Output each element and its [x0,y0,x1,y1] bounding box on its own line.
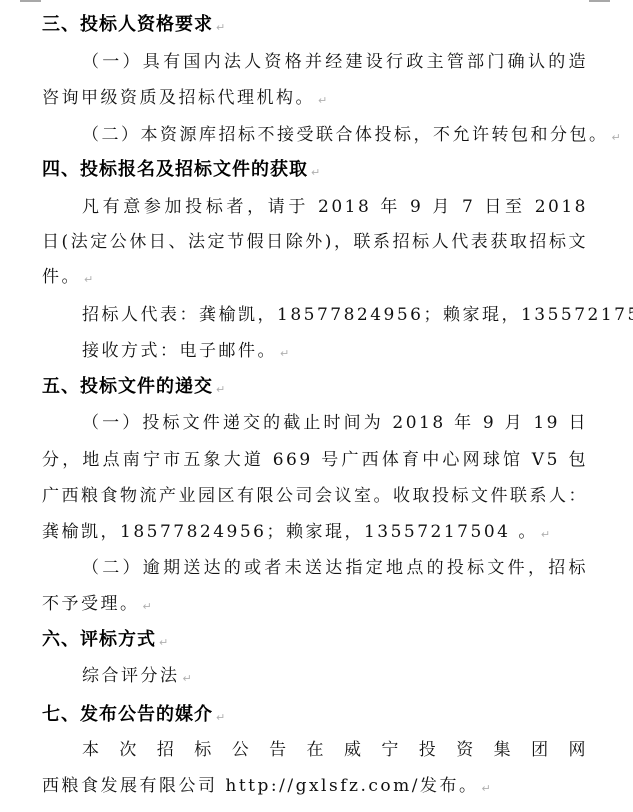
contact-line: 招标人代表：龚榆凯，18577824956；赖家琨，13557217504。↵ [82,302,588,328]
paragraph-line: 咨询甲级资质及招标代理机构。↵ [42,85,588,111]
paragraph-line: 凡有意参加投标者，请于 2018 年 9 月 7 日至 2018 年 9 月 1… [82,194,588,220]
section-heading-6: 六、评标方式↵ [42,627,588,653]
paragraph-line: 综合评分法↵ [82,663,588,689]
section-heading-3: 三、投标人资格要求↵ [42,12,588,38]
section-heading-7: 七、发布公告的媒介↵ [42,702,588,728]
paragraph-mark-icon: ↵ [216,711,225,724]
paragraph-line: （一）具有国内法人资格并经建设行政主管部门确认的造价 [82,49,588,75]
paragraph-line: 西粮食发展有限公司 http://gxlsfz.com/发布。↵ [42,773,588,799]
page-margin-mark-left [20,0,41,2]
paragraph-line: （一）投标文件递交的截止时间为 2018 年 9 月 19 日 9 时 30 [82,410,588,436]
section-heading-5: 五、投标文件的递交↵ [42,374,588,400]
section-heading-4: 四、投标报名及招标文件的获取↵ [42,157,588,183]
paragraph-mark-icon: ↵ [541,528,550,541]
paragraph-line: 本次招标公告在威宁投资集团网 http://www.wnzc.com、广 [82,737,588,763]
page-margin-mark-right [589,0,610,2]
paragraph-line: 分，地点南宁市五象大道 669 号广西体育中心网球馆 V5 包厢， [42,447,588,473]
paragraph-mark-icon: ↵ [183,672,192,685]
paragraph-mark-icon: ↵ [612,131,621,144]
paragraph-mark-icon: ↵ [143,600,152,613]
paragraph-line: （二）逾期送达的或者未送达指定地点的投标文件，招标人 [82,555,588,581]
paragraph-line: （二）本资源库招标不接受联合体投标，不允许转包和分包。↵ [82,122,588,148]
paragraph-mark-icon: ↵ [318,94,327,107]
paragraph-line: 不予受理。↵ [42,591,588,617]
paragraph-mark-icon: ↵ [216,383,225,396]
paragraph-line: 广西粮食物流产业园区有限公司会议室。收取投标文件联系人： [42,483,588,509]
paragraph-mark-icon: ↵ [481,782,490,795]
paragraph-mark-icon: ↵ [84,273,93,286]
paragraph-line: 件。↵ [42,264,588,290]
paragraph-mark-icon: ↵ [280,347,289,360]
paragraph-line: 龚榆凯，18577824956；赖家琨，13557217504 。↵ [42,519,588,545]
paragraph-line: 日(法定公休日、法定节假日除外)，联系招标人代表获取招标文 [42,229,588,255]
paragraph-mark-icon: ↵ [159,636,168,649]
paragraph-line: 接收方式：电子邮件。↵ [82,338,588,364]
paragraph-mark-icon: ↵ [311,166,320,179]
paragraph-mark-icon: ↵ [216,21,225,34]
